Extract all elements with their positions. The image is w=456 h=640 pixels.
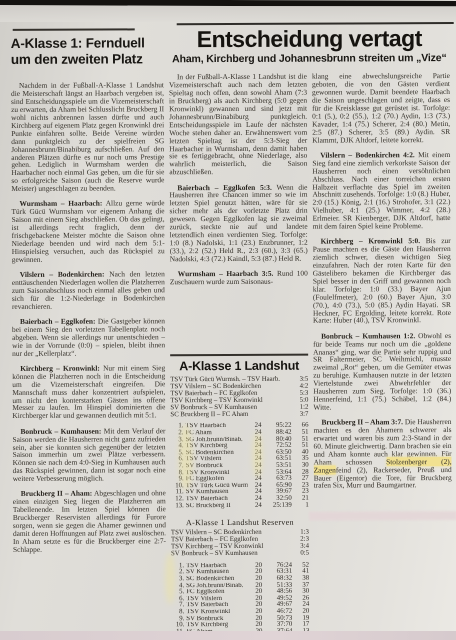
scan-smudge [165, 552, 175, 604]
report-text: Obwohl es für beide Teams nur noch um di… [313, 331, 451, 412]
newspaper-scan-page: A-Klasse 1: Fernduell um den zweiten Pla… [0, 0, 456, 640]
result-match: SV Bonbruck – SV Kumhausen [171, 551, 258, 558]
scan-smudge [178, 424, 192, 490]
left-article-body: Nachdem in der Fußball-A-Klasse 1 Landsh… [11, 74, 166, 561]
scan-smudge [252, 432, 262, 478]
preview-wurmsham-haarbach: Wurmsham – Haarbach: Allzu gerne würde T… [11, 200, 164, 264]
standings-team: SC Bruckberg II [186, 502, 248, 509]
result-score: 3:7 [300, 411, 309, 418]
reserves-title: A-Klasse 1 Landshut Reserven [171, 518, 309, 528]
league-box-title: A-Klasse 1 Landshut [170, 359, 308, 374]
preview-bonbruck-kumhausen: Bonbruck – Kumhausen: Mit dem Verlauf de… [12, 427, 165, 483]
article-columns: In der Fußball-A-Klasse 1 Landshut ist d… [169, 65, 452, 638]
standings-row: 13.SC Bruckberg II2425:1391 [171, 502, 309, 509]
reserves-results-list: TSV Vilslern – SC Bodenkirchen1:3TSV Bai… [171, 530, 309, 558]
results-list: TSV Türk Gücü Wurmsh. – TSV Haarb.3:5TSV… [170, 377, 308, 419]
result-match: SC Bruckberg II – FC Aham [170, 411, 248, 418]
standings-goals: 25:139 [262, 502, 292, 509]
page-content: A-Klasse 1: Fernduell um den zweiten Pla… [0, 0, 456, 640]
preview-baierbach-egglkofen: Baierbach – Egglkofen: Die Gastgeber kön… [12, 317, 165, 357]
article-column-right: klang eine abwechslungsreiche Partie geb… [312, 65, 452, 544]
preview-text: Mit dem Verlauf der Saison werden die Ha… [12, 426, 165, 483]
report-wurmsham-haarbach: Wurmsham – Haarbach 3:5. Rund 100 Zuscha… [170, 270, 308, 286]
article-column-left: In der Fußball-A-Klasse 1 Landshut ist d… [169, 66, 309, 639]
result-row: SV Bonbruck – SV Kumhausen0:5 [171, 551, 309, 559]
scan-pink-band [309, 511, 456, 521]
report-text: Bis zur Pause machten es die Gäste den H… [313, 236, 451, 325]
result-score: 0:5 [300, 551, 309, 558]
standings-points: 1 [292, 502, 309, 509]
continuation-paragraph: klang eine abwechslungsreiche Partie geb… [312, 72, 450, 144]
result-row: SC Bruckberg II – FC Aham3:7 [170, 411, 308, 419]
main-headline: Entscheidung vertagt [169, 26, 450, 52]
preview-bruckberg-aham: Bruckberg II – Aham: Abgeschlagen und oh… [13, 490, 166, 554]
main-intro-paragraph: In der Fußball-A-Klasse 1 Landshut ist d… [169, 73, 307, 176]
league-box-rule [170, 354, 308, 357]
league-results-box: A-Klasse 1 Landshut TSV Türk Gücü Wurmsh… [170, 354, 309, 636]
standings-games: 24 [248, 502, 262, 509]
preview-text: Abgeschlagen und ohne einen einzigen Sie… [13, 489, 166, 554]
report-text: Wenn die Hausherren ihre Chancen immer s… [169, 182, 307, 263]
main-subhead: Aham, Kirchberg und Johannesbrunn streit… [167, 52, 452, 65]
report-kirchberg-kronwinkl: Kirchberg – Kronwinkl 5:0. Bis zur Pause… [313, 237, 451, 325]
preview-text: Nur mit einem Sieg können die Platzherre… [12, 363, 165, 420]
report-vilslern-bodenkirchen: Vilslern – Bodenkirchen 4:2. Mit einem S… [312, 151, 450, 231]
left-article: A-Klasse 1: Fernduell um den zweiten Pla… [11, 28, 166, 561]
report-baierbach-egglkofen: Baierbach – Egglkofen 5:3. Wenn die Haus… [169, 183, 307, 263]
preview-text: Allzu gerne würde Türk Gücü Wurmsham vor… [12, 199, 165, 264]
preview-vilslern-bodenkirchen: Vilslern – Bodenkirchen: Nach den letzte… [12, 270, 165, 310]
left-article-headline: A-Klasse 1: Fernduell um den zweiten Pla… [11, 35, 164, 68]
report-text: Mit einem Sieg fand eine ziemlich verkor… [312, 150, 450, 231]
report-bonbruck-kumhausen: Bonbruck – Kumhausen 1:2. Obwohl es für … [313, 332, 451, 412]
report-bruckberg-aham: Bruckberg II – Aham 3:7. Die Hausherren … [313, 418, 451, 490]
main-article: Entscheidung vertagt Aham, Kirchberg und… [169, 19, 453, 638]
scan-bottom-edge [0, 631, 456, 640]
reserves-standings-table: 1.TSV Haarbach2076:24522.SV Kumhausen206… [171, 562, 309, 635]
left-intro-paragraph: Nachdem in der Fußball-A-Klasse 1 Landsh… [11, 82, 164, 193]
left-article-rule [13, 28, 135, 31]
preview-kirchberg-kronwinkl: Kirchberg – Kronwinkl: Nur mit einem Sie… [12, 364, 165, 420]
standings-rank: 13. [171, 503, 186, 510]
